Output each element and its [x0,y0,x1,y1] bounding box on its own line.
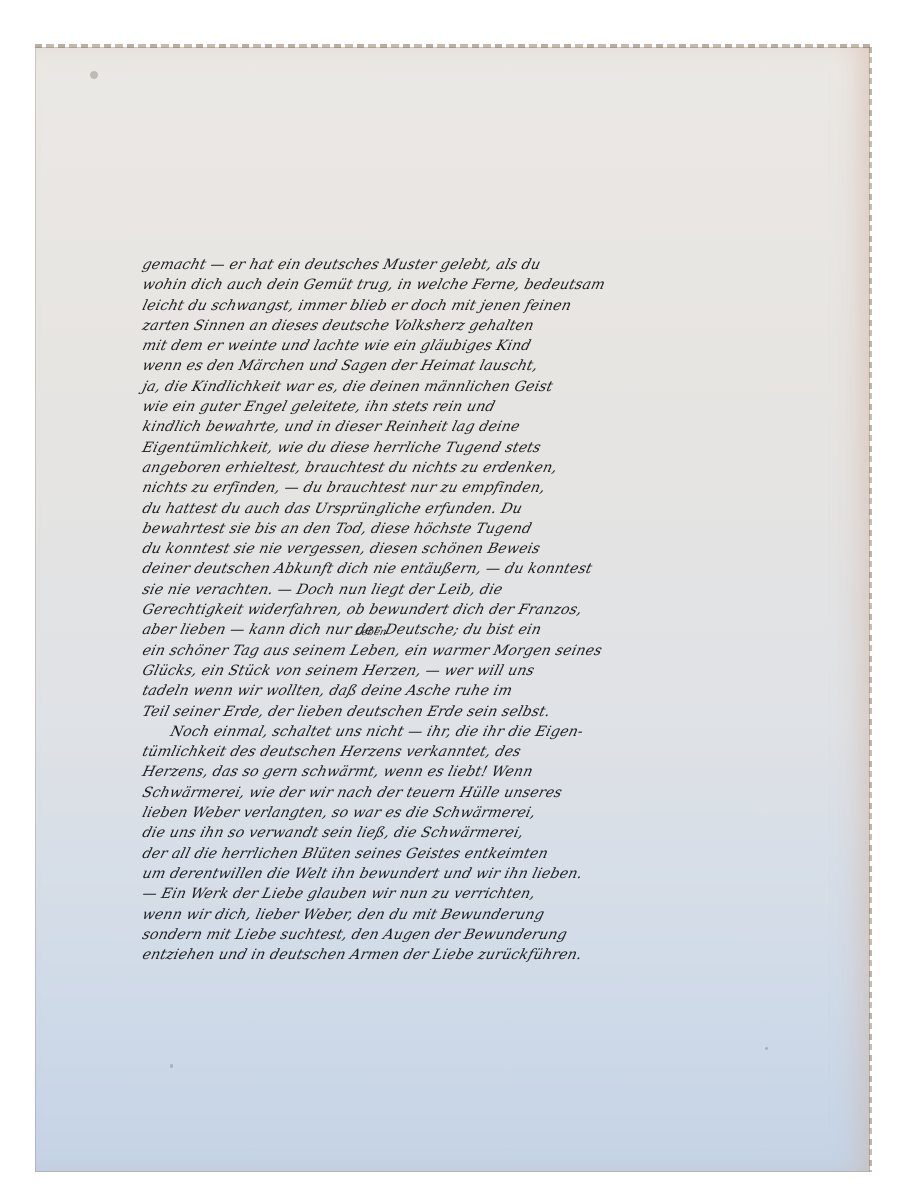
text-line: — Ein Werk der Liebe glauben wir nun zu … [140,884,785,904]
text-line: Eigentümlichkeit, wie du diese herrliche… [140,438,785,458]
text-line: zarten Sinnen an dieses deutsche Volkshe… [140,316,785,336]
text-line: Gerechtigkeit widerfahren, ob bewundert … [140,600,785,620]
interlinear-insertion: Leben [354,627,388,638]
text-line: du hattest du auch das Ursprüngliche erf… [140,499,785,519]
text-line: wenn es den Märchen und Sagen der Heimat… [140,356,785,376]
ink-spot [765,1047,768,1050]
text-line: die uns ihn so verwandt sein ließ, die S… [140,823,785,843]
text-line: gemacht — er hat ein deutsches Muster ge… [140,255,785,275]
text-line: der all die herrlichen Blüten seines Gei… [140,844,785,864]
text-line: wohin dich auch dein Gemüt trug, in welc… [140,275,785,295]
text-line: lieben Weber verlangten, so war es die S… [140,803,785,823]
text-line: tadeln wenn wir wollten, daß deine Asche… [140,681,785,701]
text-line: tümlichkeit des deutschen Herzens verkan… [140,742,785,762]
text-line: Schwärmerei, wie der wir nach der teuern… [140,783,785,803]
text-line: Herzens, das so gern schwärmt, wenn es l… [140,762,785,782]
text-line: wie ein guter Engel geleitete, ihn stets… [140,397,785,417]
text-line: Glücks, ein Stück von seinem Herzen, — w… [140,661,785,681]
ink-spot [90,71,98,79]
text-line: nichts zu erfinden, — du brauchtest nur … [140,478,785,498]
handwritten-text-block: gemacht — er hat ein deutsches Muster ge… [140,255,780,965]
text-line: Teil seiner Erde, der lieben deutschen E… [140,702,785,722]
text-line: leicht du schwangst, immer blieb er doch… [140,296,785,316]
text-line: mit dem er weinte und lachte wie ein glä… [140,336,785,356]
text-line: bewahrtest sie bis an den Tod, diese höc… [140,519,785,539]
text-line: ja, die Kindlichkeit war es, die deinen … [140,377,785,397]
text-line: sondern mit Liebe suchtest, den Augen de… [140,925,785,945]
text-line: entziehen und in deutschen Armen der Lie… [140,945,785,965]
text-line: kindlich bewahrte, und in dieser Reinhei… [140,417,785,437]
text-line: aber lieben — kann dich nur der Deutsche… [140,620,785,640]
text-line: deiner deutschen Abkunft dich nie entäuß… [140,559,785,579]
text-line: Noch einmal, schaltet uns nicht — ihr, d… [140,722,785,742]
text-line: angeboren erhieltest, brauchtest du nich… [140,458,785,478]
text-line: du konntest sie nie vergessen, diesen sc… [140,539,785,559]
text-line: um derentwillen die Welt ihn bewundert u… [140,864,785,884]
text-line: sie nie verachten. — Doch nun liegt der … [140,580,785,600]
text-line: wenn wir dich, lieber Weber, den du mit … [140,905,785,925]
ink-spot [170,1064,173,1068]
text-line: ein schöner Tag aus seinem Leben, ein wa… [140,641,785,661]
